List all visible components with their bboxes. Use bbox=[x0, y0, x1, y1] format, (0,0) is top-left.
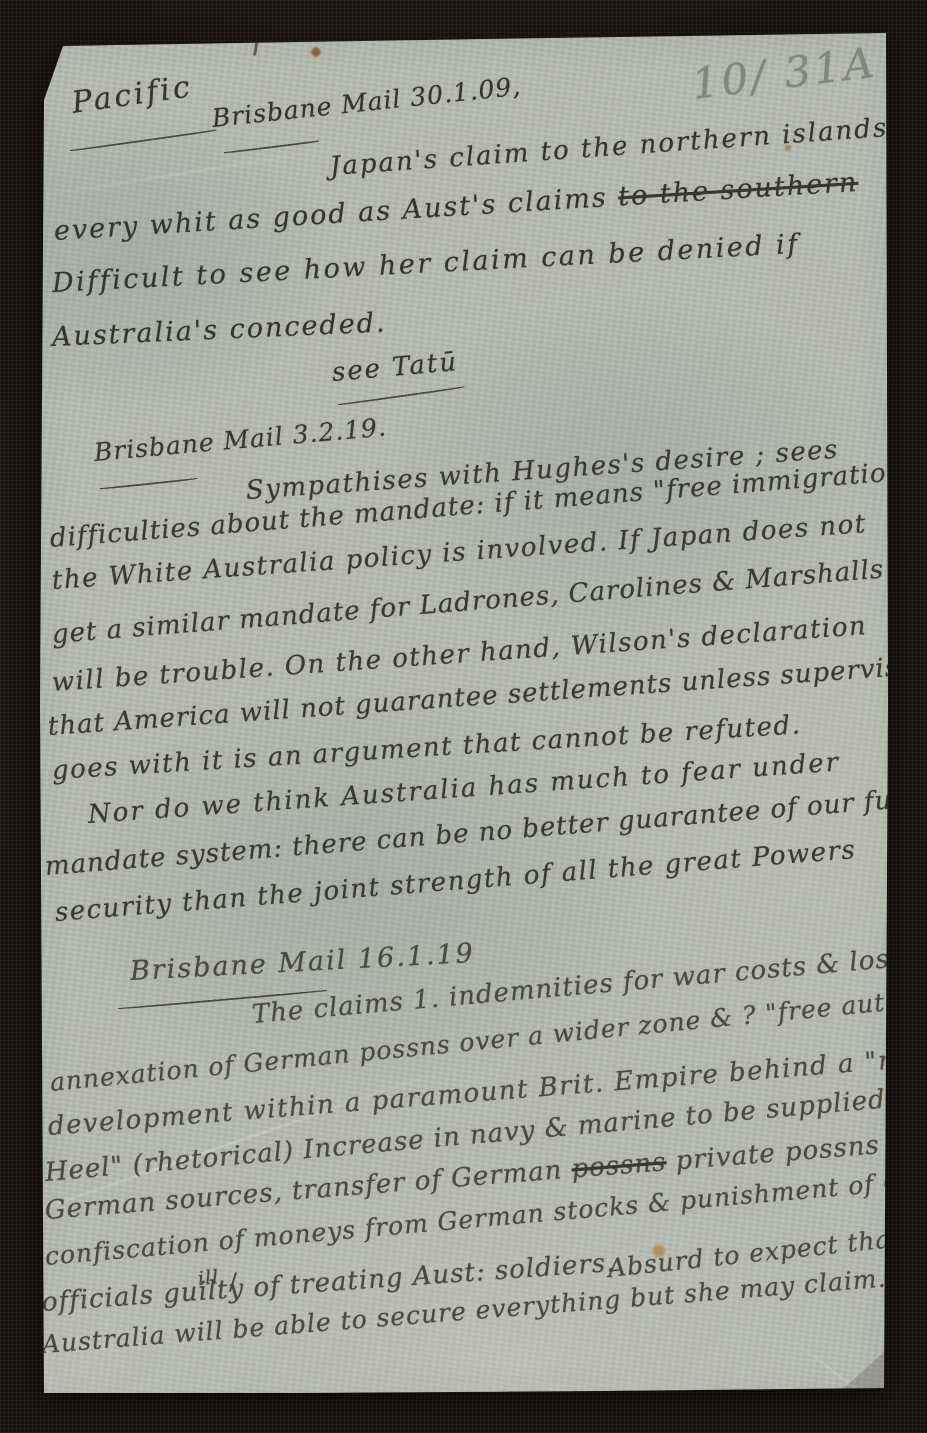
paper-shadow-wrap: 10/ 31A Pacific Brisbane Mail 30.1.09, J… bbox=[0, 0, 927, 1433]
line-text: officials guilty of bbox=[41, 1271, 291, 1318]
photographed-manuscript: { "labels": { "category": "Pacific", "ar… bbox=[0, 0, 927, 1433]
flourish-underline bbox=[100, 478, 198, 490]
category-label: Pacific bbox=[70, 69, 195, 121]
entry3-heading: Brisbane Mail 16.1.19 bbox=[129, 938, 475, 987]
entry1-heading: Brisbane Mail 30.1.09, bbox=[210, 72, 522, 133]
folded-corner bbox=[842, 1350, 886, 1390]
line-text: every whit as good as Aust's claims bbox=[53, 182, 619, 247]
flourish-underline bbox=[70, 129, 217, 152]
archive-number: 10/ 31A bbox=[689, 38, 879, 109]
struck-text: possns bbox=[570, 1147, 667, 1184]
struck-text: to the southern bbox=[617, 167, 859, 213]
entry2-heading: Brisbane Mail 3.2.19. bbox=[93, 412, 388, 466]
flourish-underline bbox=[338, 386, 465, 406]
crease-line bbox=[30, 146, 347, 199]
manuscript-line: Australia's conceded. bbox=[51, 307, 387, 353]
pen-stray-stroke bbox=[253, 22, 262, 56]
manuscript-paper: 10/ 31A Pacific Brisbane Mail 30.1.09, J… bbox=[0, 0, 927, 1433]
marginal-note: see Tatū bbox=[331, 347, 460, 388]
